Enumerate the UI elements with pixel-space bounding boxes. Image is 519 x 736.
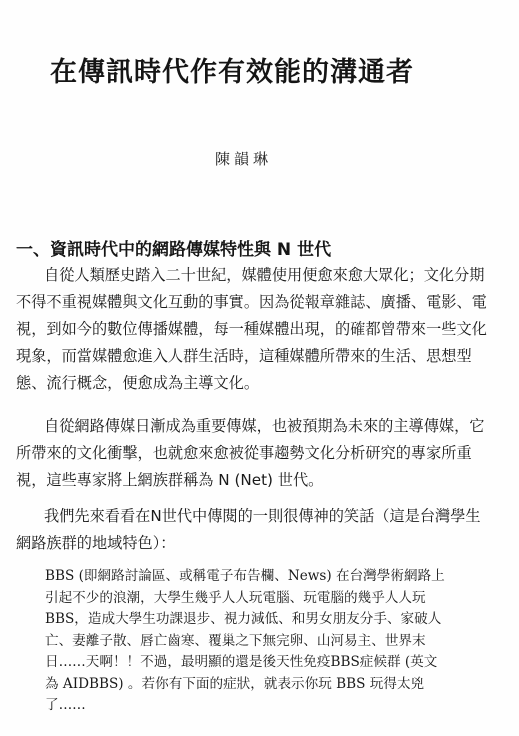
quote-line: 了……: [45, 695, 475, 717]
paragraph-line: 態、流行概念，便愈成為主導文化。: [16, 370, 476, 397]
paragraph-line: 不得不重視媒體與文化互動的事實。因為從報章雜誌、廣播、電影、電: [16, 289, 476, 316]
quote-line: 日……天啊！！不過，最明顯的還是後天性免疫BBS症候群 (英文: [45, 652, 475, 674]
quote-line: 亡、妻離子散、唇亡齒寒、覆巢之下無完卵、山河易主、世界末: [45, 631, 475, 653]
page-title: 在傳訊時代作有效能的溝通者: [50, 50, 470, 89]
paragraph-line: 自從網路傳媒日漸成為重要傳媒，也被預期為未來的主導傳媒，它: [16, 413, 476, 440]
quote-line: 為 AIDBBS) 。若你有下面的症狀，就表示你玩 BBS 玩得太兇: [45, 674, 475, 696]
paragraph-line: 現象，而當媒體愈進入人群生活時，這種媒體所帶來的生活、思想型: [16, 343, 476, 370]
paragraph-line: 所帶來的文化衝擊，也就愈來愈被從事趨勢文化分析研究的專家所重: [16, 440, 476, 467]
paragraph-line: 我們先來看看在N世代中傳閱的一則很傳神的笑話（這是台灣學生: [16, 503, 476, 530]
block-quote: BBS (即網路討論區、或稱電子布告欄、News) 在台灣學術網路上 引起不少的…: [45, 566, 475, 717]
paragraph-1: 自從人類歷史踏入二十世紀，媒體使用便愈來愈大眾化；文化分期 不得不重視媒體與文化…: [16, 262, 476, 397]
paragraph-line: 視，這些專家將上網族群稱為 N (Net) 世代。: [16, 467, 476, 494]
section-heading: 一、資訊時代中的網路傳媒特性與 N 世代: [16, 235, 331, 260]
paragraph-line: 視，到如今的數位傳播媒體，每一種媒體出現，的確都曾帶來一些文化: [16, 316, 476, 343]
paragraph-line: 自從人類歷史踏入二十世紀，媒體使用便愈來愈大眾化；文化分期: [16, 262, 476, 289]
paragraph-2: 自從網路傳媒日漸成為重要傳媒，也被預期為未來的主導傳媒，它 所帶來的文化衝擊，也…: [16, 413, 476, 494]
author-name: 陳韻琳: [215, 148, 272, 169]
document-page: 在傳訊時代作有效能的溝通者 陳韻琳 一、資訊時代中的網路傳媒特性與 N 世代 自…: [0, 0, 519, 736]
quote-line: BBS，造成大學生功課退步、視力減低、和男女朋友分手、家破人: [45, 609, 475, 631]
quote-line: BBS (即網路討論區、或稱電子布告欄、News) 在台灣學術網路上: [45, 566, 475, 588]
paragraph-line: 網路族群的地域特色）：: [16, 530, 476, 557]
paragraph-3: 我們先來看看在N世代中傳閱的一則很傳神的笑話（這是台灣學生 網路族群的地域特色）…: [16, 503, 476, 557]
quote-line: 引起不少的浪潮，大學生幾乎人人玩電腦、玩電腦的幾乎人人玩: [45, 588, 475, 610]
